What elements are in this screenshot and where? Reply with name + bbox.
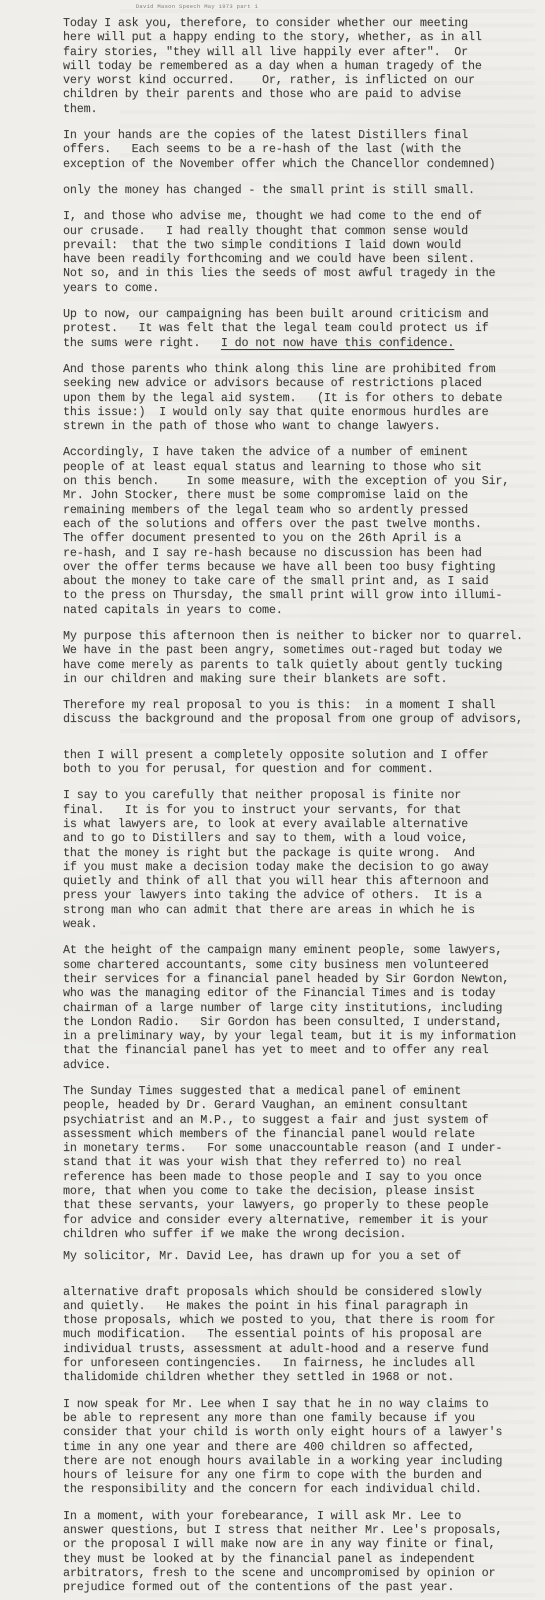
- paragraph: then I will present a completely opposit…: [63, 748, 537, 777]
- paragraph: I say to you carefully that neither prop…: [63, 788, 537, 931]
- paragraph: Accordingly, I have taken the advice of …: [63, 445, 537, 617]
- paragraph: The Sunday Times suggested that a medica…: [63, 1084, 537, 1241]
- paragraph: Therefore my real proposal to you is thi…: [63, 698, 537, 727]
- document-body: Today I ask you, therefore, to consider …: [0, 10, 545, 1595]
- paragraph: Up to now, our campaigning has been buil…: [63, 307, 537, 350]
- paragraph: I, and those who advise me, thought we h…: [63, 209, 537, 295]
- document-page: David Mason Speech May 1973 part 1 Today…: [0, 0, 545, 1600]
- document-caption: David Mason Speech May 1973 part 1: [132, 0, 262, 10]
- paragraph: My solicitor, Mr. David Lee, has drawn u…: [63, 1249, 537, 1263]
- paragraph: My purpose this afternoon then is neithe…: [63, 629, 537, 686]
- paragraph: In a moment, with your forebearance, I w…: [63, 1509, 537, 1595]
- paragraph: I now speak for Mr. Lee when I say that …: [63, 1397, 537, 1497]
- underlined-phrase: I do not now have this confidence.: [221, 336, 454, 350]
- paragraph: only the money has changed - the small p…: [63, 183, 537, 197]
- paragraph: Today I ask you, therefore, to consider …: [63, 16, 537, 116]
- paragraph: And those parents who think along this l…: [63, 362, 537, 433]
- paragraph: alternative draft proposals which should…: [63, 1285, 537, 1385]
- paragraph: In your hands are the copies of the late…: [63, 128, 537, 171]
- paragraph: At the height of the campaign many emine…: [63, 943, 537, 1072]
